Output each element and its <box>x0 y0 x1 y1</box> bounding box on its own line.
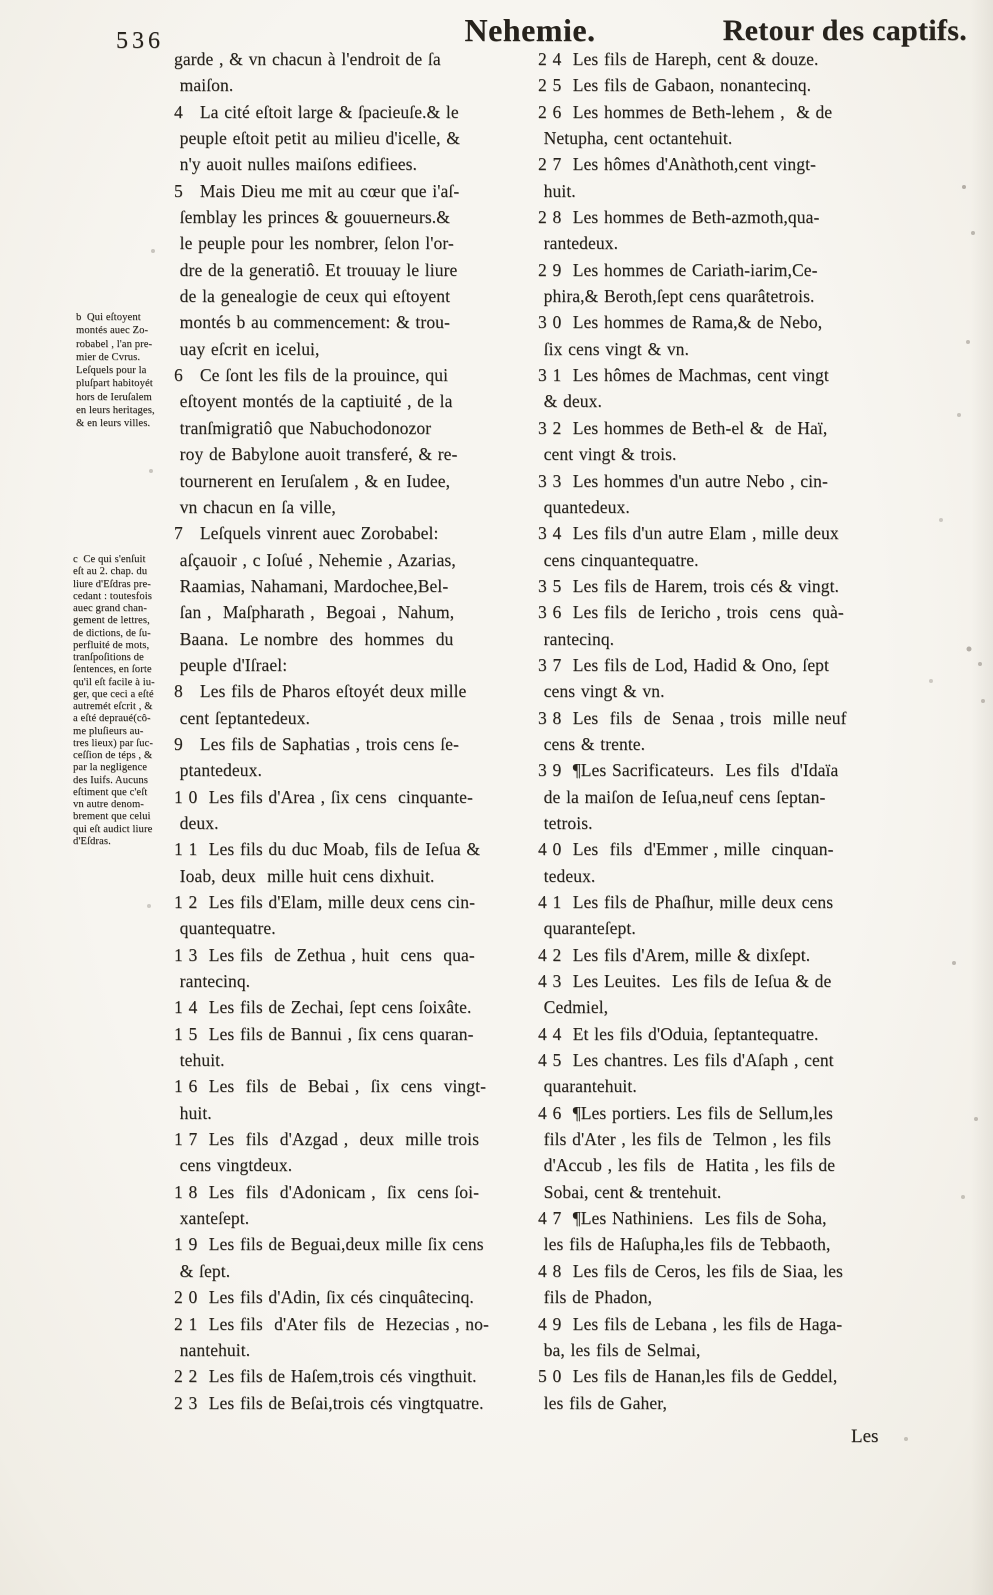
text-line: Cedmiel, <box>538 994 928 1020</box>
left-text-column: garde , & vn chacun à l'endroit de ſa ma… <box>174 46 526 1416</box>
text-line: autremét eſcrit , & <box>73 701 189 713</box>
text-line: cedant : toutesfois <box>73 591 189 603</box>
text-line: 4 4 Et les fils d'Oduia, ſeptantequatre. <box>538 1021 928 1047</box>
text-line: peuple d'Iſrael: <box>174 652 526 678</box>
text-line: ger, que ceci a eſté <box>73 689 189 701</box>
page-title: Nehemie. <box>430 12 630 49</box>
text-line: auec grand chan- <box>73 603 189 615</box>
text-line: cens & trente. <box>538 731 928 757</box>
text-line: tehuit. <box>174 1047 526 1073</box>
text-line: brement que celui <box>73 811 189 823</box>
text-line: tetrois. <box>538 810 928 836</box>
text-line: 1 6 Les fils de Bebai , ſix cens vingt- <box>174 1073 526 1099</box>
text-line: fils de Phadon, <box>538 1284 928 1310</box>
text-line: 3 7 Les fils de Lod, Hadid & Ono, ſept <box>538 652 928 678</box>
text-line: quantedeux. <box>538 494 928 520</box>
text-line: 2 2 Les fils de Haſem,trois cés vingthui… <box>174 1363 526 1389</box>
text-line: vn chacun en ſa ville, <box>174 494 526 520</box>
text-line: 4 7 ¶Les Nathiniens. Les fils de Soha, <box>538 1205 928 1231</box>
text-line: 2 7 Les hômes d'Anàthoth,cent vingt- <box>538 151 928 177</box>
text-line: montés b au commencement: & trou- <box>174 309 526 335</box>
text-line: 1 9 Les fils de Beguai,deux mille ſix ce… <box>174 1231 526 1257</box>
text-line: n'y auoit nulles maiſons edifiees. <box>174 151 526 177</box>
text-line: par la negligence <box>73 762 189 774</box>
text-line: cens cinquantequatre. <box>538 547 928 573</box>
text-line: 1 0 Les fils d'Area , ſix cens cinquante… <box>174 784 526 810</box>
margin-note-c: c Ce qui s'enſuiteſt au 2. chap. duliure… <box>73 554 189 848</box>
text-line: 2 8 Les hommes de Beth-azmoth,qua- <box>538 204 928 230</box>
text-line: huit. <box>174 1100 526 1126</box>
right-text-column: 2 4 Les fils de Hareph, cent & douze.2 5… <box>538 46 928 1416</box>
text-line: Baana. Le nombre des hommes du <box>174 626 526 652</box>
text-line: c Ce qui s'enſuit <box>73 554 189 566</box>
text-line: rantedeux. <box>538 230 928 256</box>
text-line: 5 0 Les fils de Hanan,les fils de Geddel… <box>538 1363 928 1389</box>
text-line: 9 Les fils de Saphatias , trois cens ſe- <box>174 731 526 757</box>
text-line: peuple eſtoit petit au milieu d'icelle, … <box>174 125 526 151</box>
text-line: 3 3 Les hommes d'un autre Nebo , cin- <box>538 468 928 494</box>
text-line: deux. <box>174 810 526 836</box>
text-line: 1 1 Les fils du duc Moab, fils de Ieſua … <box>174 836 526 862</box>
text-line: Ioab, deux mille huit cens dixhuit. <box>174 863 526 889</box>
text-line: 4 0 Les fils d'Emmer , mille cinquan- <box>538 836 928 862</box>
text-line: 3 8 Les fils de Senaa , trois mille neuf <box>538 705 928 731</box>
book-page: 536 Nehemie. Retour des captifs. b Qui e… <box>0 0 993 1595</box>
text-line: 4 2 Les fils d'Arem, mille & dixſept. <box>538 942 928 968</box>
text-line: des Iuifs. Aucuns <box>73 775 189 787</box>
text-line: de dictions, de ſu- <box>73 628 189 640</box>
text-line: tranſpoſitions de <box>73 652 189 664</box>
text-line: 7 Leſquels vinrent auec Zorobabel: <box>174 520 526 546</box>
text-line: 2 0 Les fils d'Adin, ſix cés cinquâtecin… <box>174 1284 526 1310</box>
text-line: 4 9 Les fils de Lebana , les fils de Hag… <box>538 1311 928 1337</box>
text-line: 3 2 Les hommes de Beth-el & de Haï, <box>538 415 928 441</box>
text-line: 3 0 Les hommes de Rama,& de Nebo, <box>538 309 928 335</box>
text-line: 2 3 Les fils de Beſai,trois cés vingtqua… <box>174 1390 526 1416</box>
page-number: 536 <box>116 28 164 55</box>
text-line: fils d'Ater , les fils de Telmon , les f… <box>538 1126 928 1152</box>
text-line: perfluité de mots, <box>73 640 189 652</box>
text-line: rantecinq. <box>538 626 928 652</box>
text-line: gement de lettres, <box>73 615 189 627</box>
page-edge-shadow <box>971 0 993 1595</box>
text-line: cent vingt & trois. <box>538 441 928 467</box>
text-line: 3 6 Les fils de Iericho , trois cens quà… <box>538 599 928 625</box>
text-line: Raamias, Nahamani, Mardochee,Bel- <box>174 573 526 599</box>
text-line: uay eſcrit en icelui, <box>174 336 526 362</box>
text-line: & ſept. <box>174 1258 526 1284</box>
text-line: 3 5 Les fils de Harem, trois cés & vingt… <box>538 573 928 599</box>
text-line: phira,& Beroth,ſept cens quarâtetrois. <box>538 283 928 309</box>
text-line: ceſſion de téps , & <box>73 750 189 762</box>
text-line: 6 Ce ſont les fils de la prouince, qui <box>174 362 526 388</box>
text-line: 4 6 ¶Les portiers. Les fils de Sellum,le… <box>538 1100 928 1126</box>
text-line: ſemblay les princes & gouuerneurs.& <box>174 204 526 230</box>
text-line: Sobai, cent & trentehuit. <box>538 1179 928 1205</box>
text-line: de la genealogie de ceux qui eſtoyent <box>174 283 526 309</box>
text-line: 1 8 Les fils d'Adonicam , ſix cens ſoi- <box>174 1179 526 1205</box>
text-line: qu'il eſt facile à iu- <box>73 677 189 689</box>
scan-noise <box>0 0 2 2</box>
running-title: Retour des captifs. <box>723 14 967 48</box>
text-line: 2 9 Les hommes de Cariath-iarim,Ce- <box>538 257 928 283</box>
text-line: les fils de Haſupha,les fils de Tebbaoth… <box>538 1231 928 1257</box>
text-line: 1 5 Les fils de Bannui , ſix cens quaran… <box>174 1021 526 1047</box>
text-line: 4 5 Les chantres. Les fils d'Aſaph , cen… <box>538 1047 928 1073</box>
text-line: Netupha, cent octantehuit. <box>538 125 928 151</box>
text-line: 3 4 Les fils d'un autre Elam , mille deu… <box>538 520 928 546</box>
text-line: d'Accub , les fils de Hatita , les fils … <box>538 1152 928 1178</box>
text-line: huit. <box>538 178 928 204</box>
text-line: cens vingt & vn. <box>538 678 928 704</box>
text-line: 3 9 ¶Les Sacrificateurs. Les fils d'Idaï… <box>538 757 928 783</box>
text-line: 2 1 Les fils d'Ater fils de Hezecias , n… <box>174 1311 526 1337</box>
text-line: & deux. <box>538 388 928 414</box>
text-line: de la maiſon de Ieſua,neuf cens ſeptan- <box>538 784 928 810</box>
text-line: 2 6 Les hommes de Beth-lehem , & de <box>538 99 928 125</box>
text-line: 1 2 Les fils d'Elam, mille deux cens cin… <box>174 889 526 915</box>
text-line: roy de Babylone auoit transferé, & re- <box>174 441 526 467</box>
text-line: nantehuit. <box>174 1337 526 1363</box>
text-line: tournerent en Ieruſalem , & en Iudee, <box>174 468 526 494</box>
text-line: eſtiment que c'eſt <box>73 787 189 799</box>
text-line: 2 5 Les fils de Gabaon, nonantecinq. <box>538 72 928 98</box>
text-line: 4 La cité eſtoit large & ſpacieuſe.& le <box>174 99 526 125</box>
text-line: rantecinq. <box>174 968 526 994</box>
text-line: 2 4 Les fils de Hareph, cent & douze. <box>538 46 928 72</box>
text-line: liure d'Eſdras pre- <box>73 579 189 591</box>
catchword: Les <box>851 1426 878 1448</box>
text-line: 4 3 Les Leuites. Les fils de Ieſua & de <box>538 968 928 994</box>
text-line: le peuple pour les nombrer, ſelon l'or- <box>174 230 526 256</box>
text-line: eſtoyent montés de la captiuité , de la <box>174 388 526 414</box>
text-line: les fils de Gaher, <box>538 1390 928 1416</box>
text-line: 4 1 Les fils de Phaſhur, mille deux cens <box>538 889 928 915</box>
text-line: eſt au 2. chap. du <box>73 566 189 578</box>
text-line: quantequatre. <box>174 915 526 941</box>
text-line: 1 3 Les fils de Zethua , huit cens qua- <box>174 942 526 968</box>
text-line: tedeux. <box>538 863 928 889</box>
text-line: ſix cens vingt & vn. <box>538 336 928 362</box>
text-line: me pluſieurs au- <box>73 726 189 738</box>
text-line: tranſmigratiô que Nabuchodonozor <box>174 415 526 441</box>
text-line: ſentences, en ſorte <box>73 664 189 676</box>
text-line: cens vingtdeux. <box>174 1152 526 1178</box>
text-line: quarantehuit. <box>538 1073 928 1099</box>
text-line: quaranteſept. <box>538 915 928 941</box>
text-line: a eſté depraué(cô- <box>73 713 189 725</box>
text-line: xanteſept. <box>174 1205 526 1231</box>
text-line: ptantedeux. <box>174 757 526 783</box>
text-line: ſan , Maſpharath , Begoai , Nahum, <box>174 599 526 625</box>
text-line: tres lieux) par ſuc- <box>73 738 189 750</box>
text-line: maiſon. <box>174 72 526 98</box>
text-line: vn autre denom- <box>73 799 189 811</box>
text-line: 3 1 Les hômes de Machmas, cent vingt <box>538 362 928 388</box>
text-line: 1 4 Les fils de Zechai, ſept cens ſoixât… <box>174 994 526 1020</box>
text-line: cent ſeptantedeux. <box>174 705 526 731</box>
text-line: 4 8 Les fils de Ceros, les fils de Siaa,… <box>538 1258 928 1284</box>
text-line: 1 7 Les fils d'Azgad , deux mille trois <box>174 1126 526 1152</box>
text-line: 8 Les fils de Pharos eſtoyét deux mille <box>174 678 526 704</box>
text-line: qui eſt audict liure <box>73 824 189 836</box>
text-line: garde , & vn chacun à l'endroit de ſa <box>174 46 526 72</box>
text-line: d'Eſdras. <box>73 836 189 848</box>
text-line: dre de la generatiô. Et trouuay le liure <box>174 257 526 283</box>
text-line: 5 Mais Dieu me mit au cœur que i'aſ- <box>174 178 526 204</box>
text-line: aſçauoir , c Ioſué , Nehemie , Azarias, <box>174 547 526 573</box>
text-line: ba, les fils de Selmai, <box>538 1337 928 1363</box>
